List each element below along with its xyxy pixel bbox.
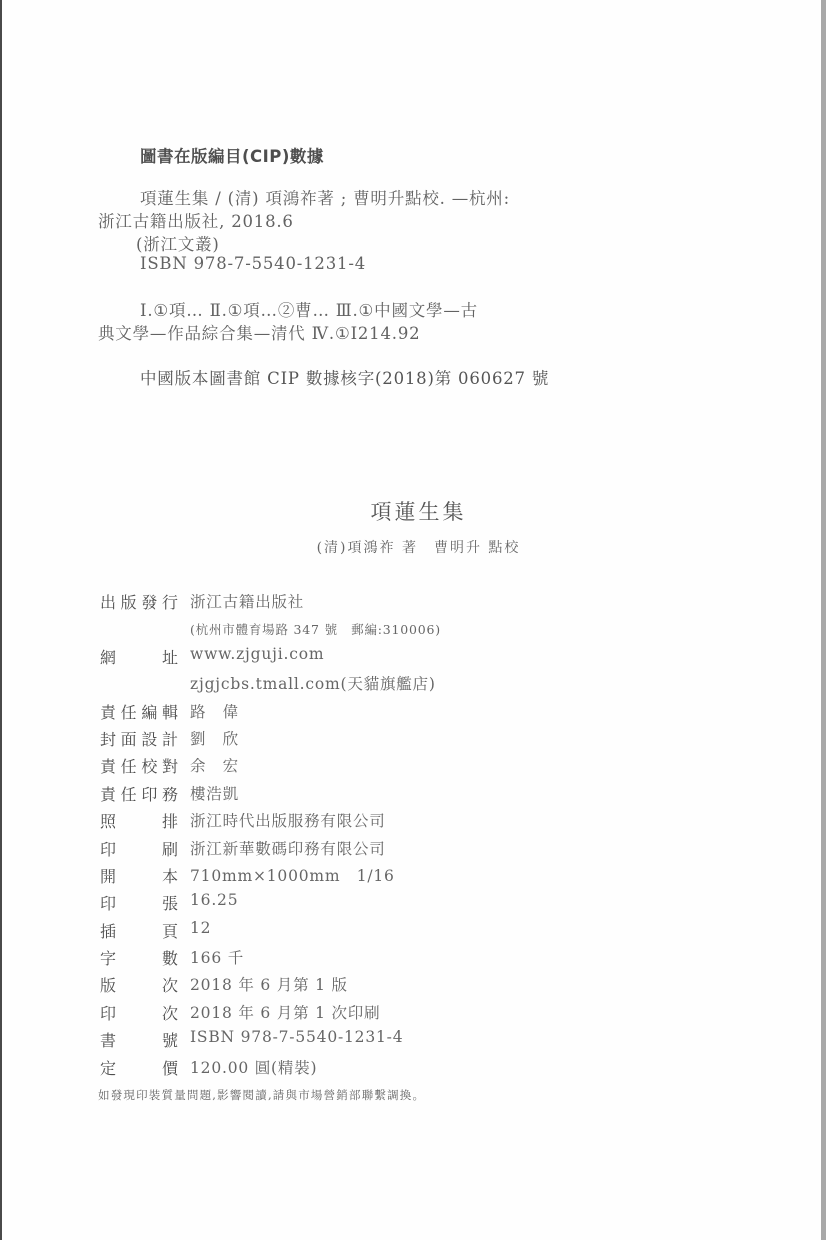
colophon-label-char: 任 [121,754,137,777]
colophon-label: 插頁 [100,919,178,942]
colophon-row: 印張16.25 [100,891,660,918]
colophon-row: 責任編輯路 偉 [100,700,660,727]
cip-isbn: ISBN 978-7-5540-1231-4 [140,254,366,273]
colophon-row: 書號ISBN 978-7-5540-1231-4 [100,1028,660,1055]
colophon-label-char: 插 [100,919,116,942]
cip-line: (浙江文叢) [136,231,220,255]
colophon-label-char: 校 [141,754,157,777]
book-authors: (清)項鴻祚 著 曹明升 點校 [2,537,821,557]
colophon-value: 2018 年 6 月第 1 版 [190,973,348,995]
colophon-row: zjgjcbs.tmall.com(天貓旗艦店) [100,672,660,699]
colophon-label-char: 責 [100,754,116,777]
colophon-label-char: 址 [162,645,178,668]
colophon-label: 印次 [100,1001,178,1024]
colophon-value: 浙江新華數碼印務有限公司 [190,837,386,859]
colophon-label: 出版發行 [100,590,178,613]
colophon-row: 照排浙江時代出版服務有限公司 [100,809,660,836]
colophon-label: 開本 [100,864,178,887]
colophon-label-char: 字 [100,946,116,969]
colophon-label-char: 數 [162,946,178,969]
colophon-label-char: 網 [100,645,116,668]
colophon-value: www.zjguji.com [190,645,324,663]
colophon-value: ISBN 978-7-5540-1231-4 [190,1028,403,1046]
colophon-row: 責任印務樓浩凱 [100,782,660,809]
copyright-page: 圖書在版編目(CIP)數據 項蓮生集 / (清) 項鴻祚著 ; 曹明升點校. —… [2,0,821,1240]
colophon-label-char: 行 [162,590,178,613]
colophon-label: 網址 [100,645,178,668]
colophon-label: 印刷 [100,837,178,860]
cip-heading: 圖書在版編目(CIP)數據 [140,143,324,167]
colophon-label-char: 號 [162,1028,178,1051]
colophon-label-char: 本 [162,864,178,887]
colophon-row: 印次2018 年 6 月第 1 次印刷 [100,1001,660,1028]
colophon-value: 劉 欣 [190,727,239,749]
colophon-label-char: 書 [100,1028,116,1051]
colophon-label: 印張 [100,891,178,914]
colophon-value: 浙江時代出版服務有限公司 [190,809,386,831]
colophon-label: 定價 [100,1056,178,1079]
colophon-row: 開本710mm×1000mm 1/16 [100,864,660,891]
colophon-label-char: 開 [100,864,116,887]
colophon-label-char: 任 [121,782,137,805]
colophon-label-char: 版 [100,973,116,996]
colophon-value: zjgjcbs.tmall.com(天貓旗艦店) [190,672,436,694]
colophon-label-char: 務 [162,782,178,805]
colophon-label-char: 計 [162,727,178,750]
colophon-label-char: 張 [162,891,178,914]
colophon-label-char: 輯 [162,700,178,723]
colophon-value: (杭州市體育場路 347 號 郵編:310006) [190,620,441,638]
colophon-label-char: 印 [100,891,116,914]
cip-line: 浙江古籍出版社, 2018.6 [98,208,294,232]
page-border-right [821,0,826,1240]
colophon-label: 責任編輯 [100,700,178,723]
colophon-label-char: 設 [141,727,157,750]
colophon-label-char: 版 [121,590,137,613]
colophon-row: 網址www.zjguji.com [100,645,660,672]
colophon-label-char: 定 [100,1056,116,1079]
colophon-label-char: 刷 [162,837,178,860]
colophon-label: 照排 [100,809,178,832]
colophon-label-char: 面 [121,727,137,750]
colophon-label-char: 發 [141,590,157,613]
colophon-label-char: 印 [100,1001,116,1024]
colophon-label-char: 照 [100,809,116,832]
colophon-row: 版次2018 年 6 月第 1 版 [100,973,660,1000]
colophon-label-char: 印 [141,782,157,805]
cip-line: 項蓮生集 / (清) 項鴻祚著 ; 曹明升點校. —杭州: [140,185,510,209]
colophon-label: 責任印務 [100,782,178,805]
colophon-value: 路 偉 [190,700,239,722]
colophon-row: 出版發行浙江古籍出版社 [100,590,660,617]
colophon-value: 樓浩凱 [190,782,239,804]
book-title: 項蓮生集 [2,496,821,526]
colophon-label-char: 印 [100,837,116,860]
colophon-label: 責任校對 [100,754,178,777]
colophon-label-char: 排 [162,809,178,832]
colophon-label-char: 出 [100,590,116,613]
colophon-value: 余 宏 [190,754,239,776]
colophon-value: 12 [190,919,211,937]
colophon-row: 插頁12 [100,919,660,946]
colophon-label-char: 封 [100,727,116,750]
colophon-label-char: 價 [162,1056,178,1079]
colophon-value: 16.25 [190,891,238,909]
colophon-label-char: 對 [162,754,178,777]
cip-classification: 典文學—作品綜合集—清代 Ⅳ.①I214.92 [98,320,420,344]
colophon-label-char: 責 [100,700,116,723]
quality-notice: 如發現印裝質量問題,影響閱讀,請與市場營銷部聯繫調換。 [98,1087,425,1103]
colophon-label: 字數 [100,946,178,969]
colophon-label-char: 編 [141,700,157,723]
colophon-table: 出版發行浙江古籍出版社(杭州市體育場路 347 號 郵編:310006)網址ww… [100,590,660,1083]
colophon-value: 120.00 圓(精裝) [190,1056,317,1078]
colophon-row: 封面設計劉 欣 [100,727,660,754]
colophon-label-char: 次 [162,973,178,996]
colophon-row: (杭州市體育場路 347 號 郵編:310006) [100,617,660,644]
colophon-row: 印刷浙江新華數碼印務有限公司 [100,837,660,864]
colophon-value: 浙江古籍出版社 [190,590,304,612]
colophon-row: 字數166 千 [100,946,660,973]
colophon-value: 710mm×1000mm 1/16 [190,864,395,886]
colophon-label-char: 頁 [162,919,178,942]
colophon-value: 166 千 [190,946,244,968]
colophon-label: 書號 [100,1028,178,1051]
colophon-label-char: 次 [162,1001,178,1024]
colophon-label: 版次 [100,973,178,996]
colophon-row: 定價120.00 圓(精裝) [100,1056,660,1083]
cip-classification: Ⅰ.①項… Ⅱ.①項…②曹… Ⅲ.①中國文學—古 [140,297,478,321]
colophon-value: 2018 年 6 月第 1 次印刷 [190,1001,380,1023]
colophon-label: 封面設計 [100,727,178,750]
cip-approval-number: 中國版本圖書館 CIP 數據核字(2018)第 060627 號 [140,365,549,389]
colophon-label-char: 責 [100,782,116,805]
colophon-label-char: 任 [121,700,137,723]
colophon-row: 責任校對余 宏 [100,754,660,781]
